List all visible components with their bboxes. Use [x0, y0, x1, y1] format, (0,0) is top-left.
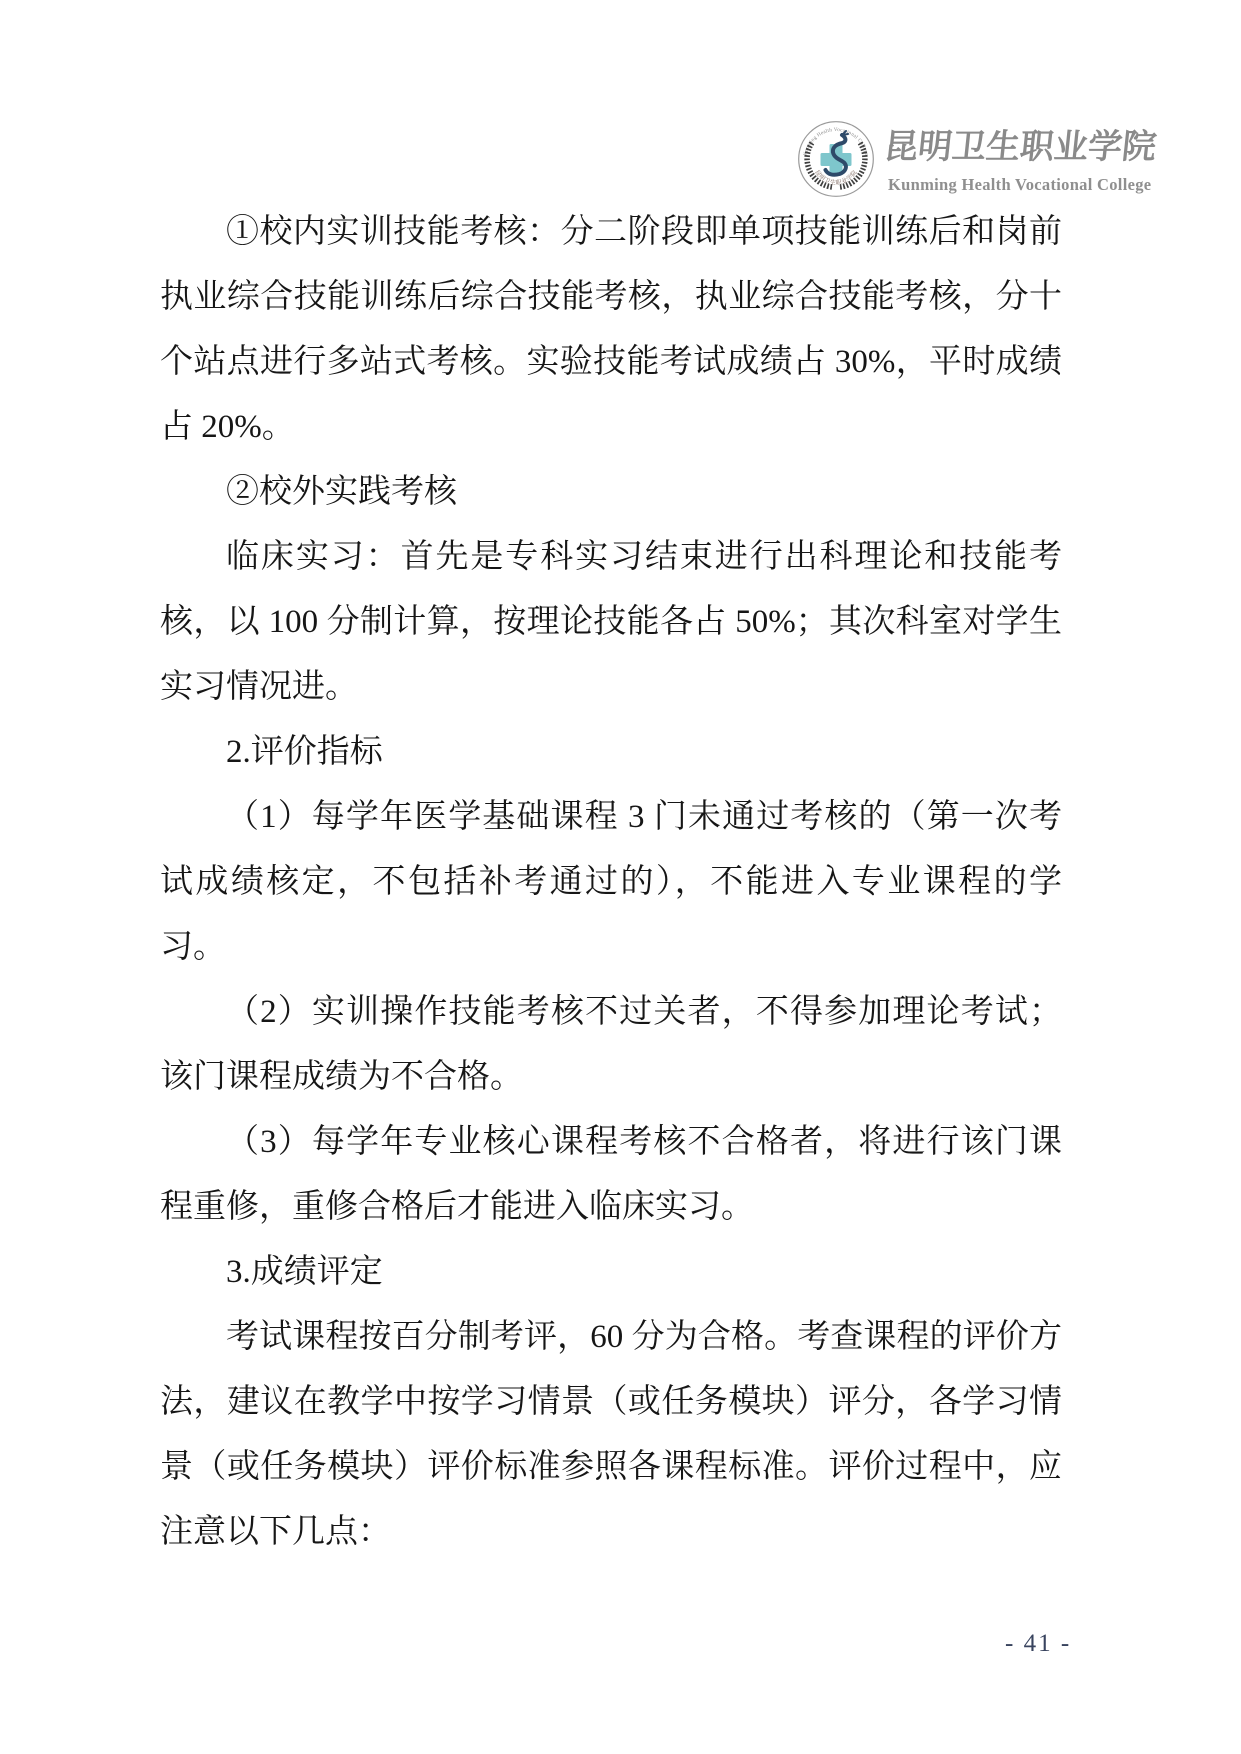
paragraph-rule-3: （3）每学年专业核心课程考核不合格者，将进行该门课程重修，重修合格后才能进入临床…	[160, 1110, 1062, 1240]
college-name-calligraphy: 昆明卫生职业学院	[881, 122, 1156, 174]
paragraph-rule-1: （1）每学年医学基础课程 3 门未通过考核的（第一次考试成绩核定，不包括补考通过…	[160, 785, 1062, 980]
paragraph-external-practice-heading: ②校外实践考核	[160, 460, 1062, 525]
paragraph-clinical-internship: 临床实习：首先是专科实习结束进行出科理论和技能考核，以 100 分制计算，按理论…	[160, 525, 1062, 720]
paragraph-evaluation-index-heading: 2.评价指标	[160, 720, 1062, 785]
page-number: - 41 -	[1005, 1630, 1071, 1658]
college-name-english: Kunming Health Vocational College	[888, 175, 1158, 195]
document-body: ①校内实训技能考核：分二阶段即单项技能训练后和岗前执业综合技能训练后综合技能考核…	[160, 200, 1062, 1565]
paragraph-internal-skill-assessment: ①校内实训技能考核：分二阶段即单项技能训练后和岗前执业综合技能训练后综合技能考核…	[160, 200, 1062, 460]
college-seal-icon: Kunming Health Vocational College 昆明卫生职业…	[797, 120, 875, 198]
page-header: Kunming Health Vocational College 昆明卫生职业…	[0, 0, 1241, 210]
paragraph-grade-evaluation-heading: 3.成绩评定	[160, 1240, 1062, 1305]
paragraph-grading-method: 考试课程按百分制考评，60 分为合格。考查课程的评价方法，建议在教学中按学习情景…	[160, 1305, 1062, 1565]
document-page: Kunming Health Vocational College 昆明卫生职业…	[0, 0, 1241, 1754]
paragraph-rule-2: （2）实训操作技能考核不过关者，不得参加理论考试；该门课程成绩为不合格。	[160, 980, 1062, 1110]
